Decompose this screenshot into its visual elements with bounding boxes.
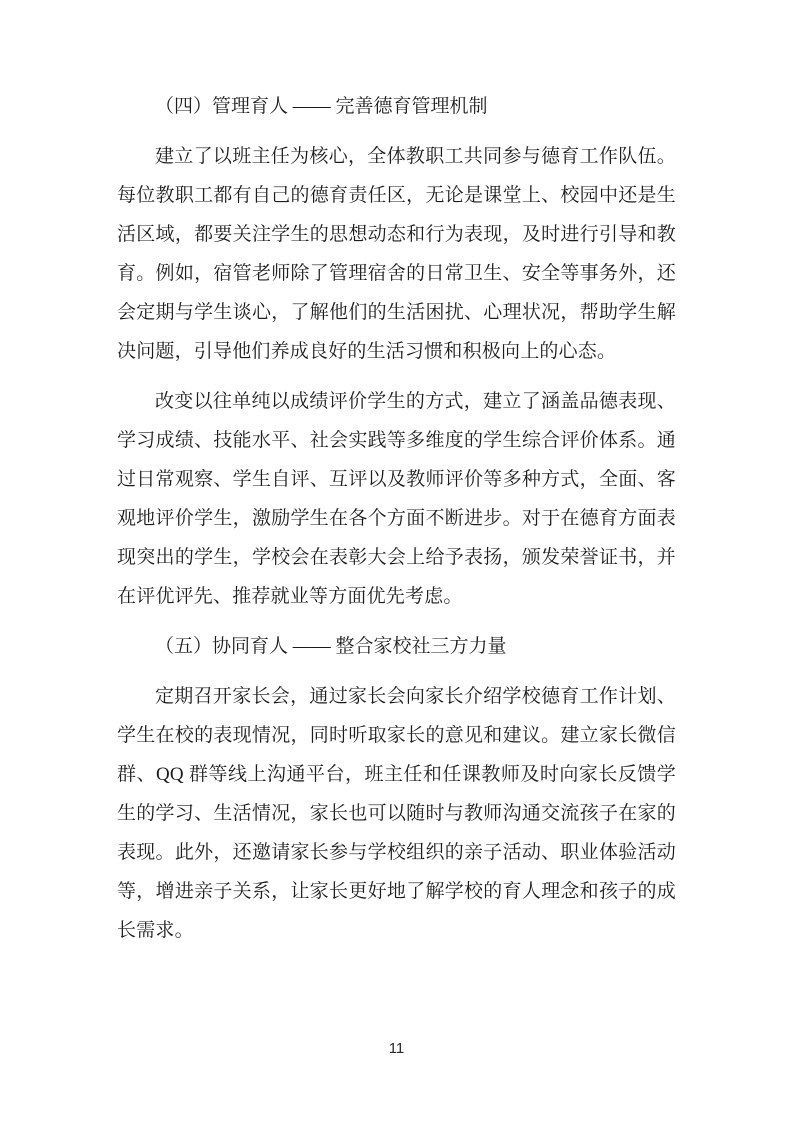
section-heading-5: （五）协同育人 —— 整合家校社三方力量 [117, 627, 676, 666]
page-number: 11 [0, 1040, 793, 1057]
paragraph-home-school-cooperation: 定期召开家长会，通过家长会向家长介绍学校德育工作计划、学生在校的表现情况，同时听… [117, 677, 676, 950]
page-content: （四）管理育人 —— 完善德育管理机制 建立了以班主任为核心，全体教职工共同参与… [117, 87, 676, 961]
paragraph-evaluation-system: 改变以往单纯以成绩评价学生的方式，建立了涵盖品德表现、学习成绩、技能水平、社会实… [117, 382, 676, 616]
section-heading-4: （四）管理育人 —— 完善德育管理机制 [117, 87, 676, 126]
document-page: （四）管理育人 —— 完善德育管理机制 建立了以班主任为核心，全体教职工共同参与… [0, 0, 793, 1122]
paragraph-management-education: 建立了以班主任为核心，全体教职工共同参与德育工作队伍。每位教职工都有自己的德育责… [117, 137, 676, 371]
